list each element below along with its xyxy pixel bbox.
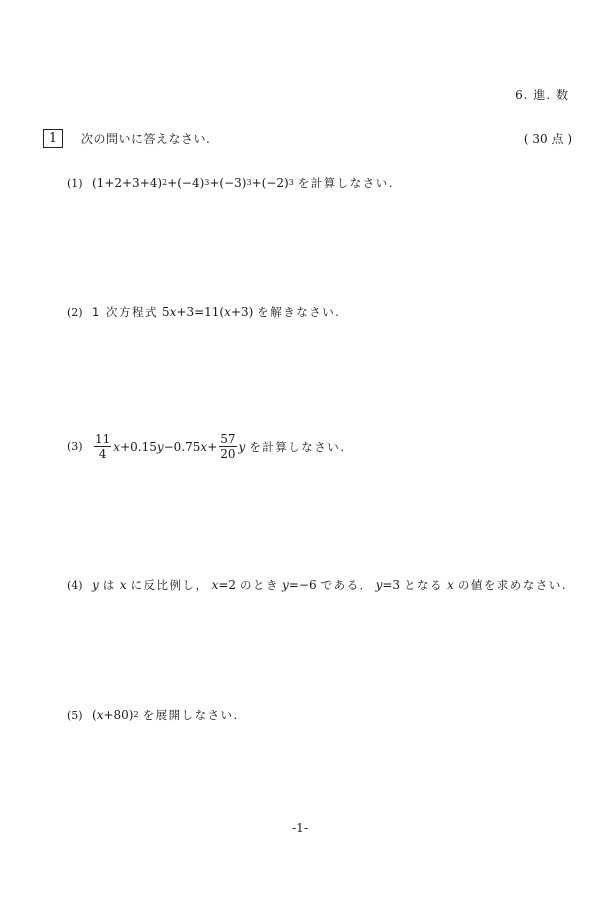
math-term: 5 [162,305,170,319]
question-text: を計算しなさい. [298,175,394,191]
variable: x [120,578,127,592]
question-label: (1) [67,177,92,190]
fraction-numerator: 11 [94,432,111,447]
section-instruction: 次の問いに答えなさい. [81,130,210,147]
variable: x [97,708,104,722]
question-body: y は x に反比例し， x=2 のとき y=−6 である． y=3 となる x… [92,577,567,593]
section-header: 1 次の問いに答えなさい. ( 30 点 ) [43,129,572,151]
header-tag: 6. 進. 数 [515,86,569,103]
question-label: (3) [67,440,92,453]
question-4: (4) y は x に反比例し， x=2 のとき y=−6 である． y=3 と… [67,577,567,593]
question-text: を解きなさい. [257,304,340,320]
text-fragment: は [103,577,116,593]
math-term: (1+2+3+4) [92,176,162,190]
question-2: (2) 1 次方程式 5x+3=11(x+3) を解きなさい. [67,304,340,320]
math-term: +(−3) [209,176,246,190]
question-label: (4) [67,579,92,592]
variable: x [224,305,231,319]
section-number-box: 1 [43,129,63,148]
question-5: (5) (x+80)2 を展開しなさい. [67,707,239,723]
fraction: 11 4 [94,432,111,461]
exam-page: 6. 進. 数 1 次の問いに答えなさい. ( 30 点 ) (1) (1+2+… [0,0,600,900]
fraction-denominator: 4 [98,447,108,461]
question-prefix: 1 次方程式 [92,304,158,320]
math-term: +80) [103,708,133,722]
fraction: 57 20 [219,432,236,461]
variable: x [113,440,120,454]
question-math: (1+2+3+4)2 +(−4)3 +(−3)3 +(−2)3 [92,176,294,190]
question-label: (5) [67,709,92,722]
fraction-numerator: 57 [219,432,236,447]
question-3: (3) 11 4 x +0.15y −0.75x + 57 20 y を計算しな… [67,432,345,461]
math-term: +(−2) [252,176,289,190]
variable: y [157,440,164,454]
math-term: +0.15 [120,440,157,454]
variable: y [92,578,99,592]
math-term: + [207,440,217,454]
math-term: +3) [231,305,253,319]
question-text: を計算しなさい. [249,439,345,455]
variable: x [200,440,207,454]
text-fragment: となる [404,577,443,593]
math-term: −0.75 [164,440,201,454]
variable: y [282,578,289,592]
section-points: ( 30 点 ) [524,130,572,147]
variable: y [376,578,383,592]
variable: x [447,578,454,592]
variable: y [239,440,246,454]
variable: x [212,578,219,592]
math-term: =3 [382,578,400,592]
question-math: 11 4 x +0.15y −0.75x + 57 20 y [92,432,245,461]
question-1: (1) (1+2+3+4)2 +(−4)3 +(−3)3 +(−2)3 を計算し… [67,175,394,191]
math-term: =2 [218,578,236,592]
question-label: (2) [67,306,92,319]
variable: x [170,305,177,319]
math-term: +(−4) [167,176,204,190]
text-fragment: のとき [240,577,279,593]
question-text: を展開しなさい. [143,707,239,723]
text-fragment: である． [321,577,373,593]
page-number: -1- [0,821,600,835]
text-fragment: の値を求めなさい. [458,577,567,593]
math-term: +3=11( [176,305,224,319]
question-math: (x+80)2 [92,708,139,722]
question-math: 5x+3=11(x+3) [162,305,253,319]
text-fragment: に反比例し， [131,577,209,593]
math-term: =−6 [289,578,317,592]
fraction-denominator: 20 [219,447,236,461]
